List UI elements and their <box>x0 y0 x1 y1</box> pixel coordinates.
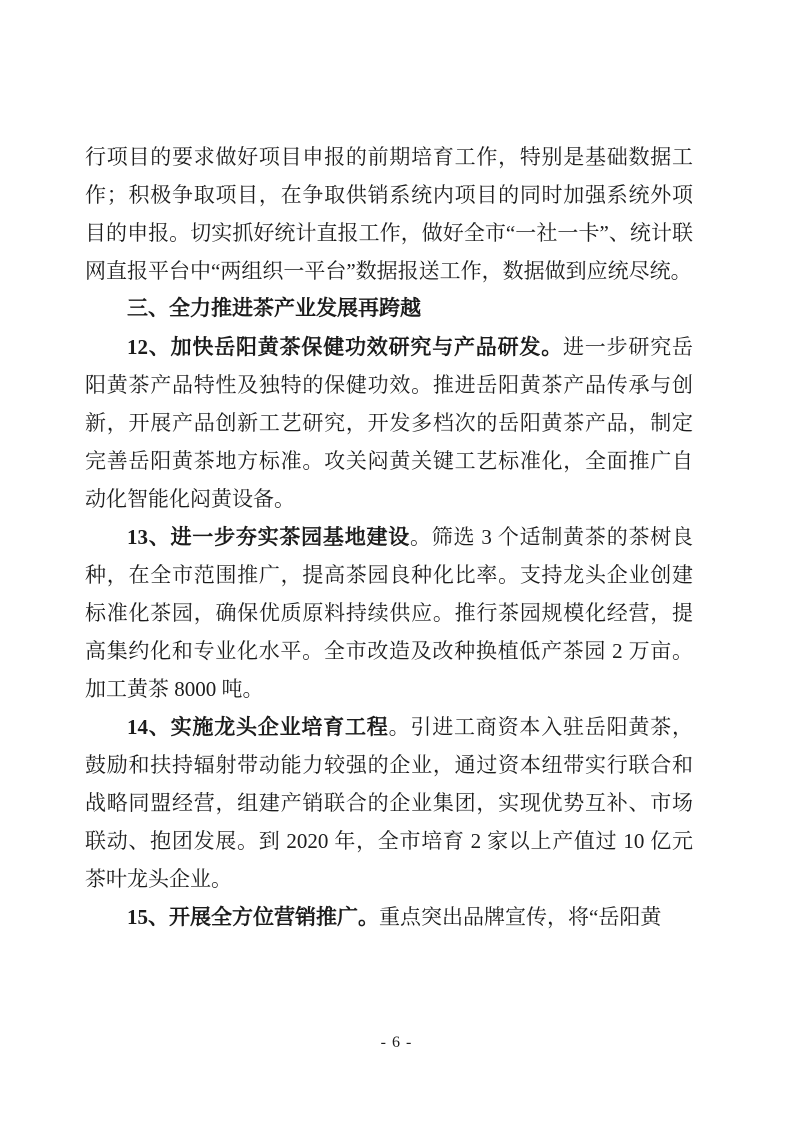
item-13-body: 。筛选 3 个适制黄茶的茶树良种，在全市范围推广，提高茶园良种化比率。支持龙头企… <box>85 525 693 701</box>
item-15-lead: 15、开展全方位营销推广。 <box>127 905 379 929</box>
item-14-lead: 14、实施龙头企业培育工程 <box>127 715 389 739</box>
page-number: - 6 - <box>0 1033 793 1053</box>
document-page: 行项目的要求做好项目申报的前期培育工作，特别是基础数据工作；积极争取项目，在争取… <box>0 0 793 1122</box>
item-15-body: 重点突出品牌宣传，将“岳阳黄 <box>379 905 661 929</box>
item-13-lead: 13、进一步夯实茶园基地建设 <box>127 525 410 549</box>
paragraph-item-12: 12、加快岳阳黄茶保健功效研究与产品研发。进一步研究岳阳黄茶产品特性及独特的保健… <box>85 328 693 518</box>
item-12-body: 进一步研究岳阳黄茶产品特性及独特的保健功效。推进岳阳黄茶产品传承与创新，开展产品… <box>85 335 693 511</box>
paragraph-item-13: 13、进一步夯实茶园基地建设。筛选 3 个适制黄茶的茶树良种，在全市范围推广，提… <box>85 518 693 708</box>
paragraph-item-15: 15、开展全方位营销推广。重点突出品牌宣传，将“岳阳黄 <box>85 898 693 936</box>
document-text: 行项目的要求做好项目申报的前期培育工作，特别是基础数据工作；积极争取项目，在争取… <box>85 138 693 936</box>
item-14-body: 。引进工商资本入驻岳阳黄茶，鼓励和扶持辐射带动能力较强的企业，通过资本纽带实行联… <box>85 715 693 891</box>
paragraph-continuation: 行项目的要求做好项目申报的前期培育工作，特别是基础数据工作；积极争取项目，在争取… <box>85 138 693 290</box>
item-12-lead: 12、加快岳阳黄茶保健功效研究与产品研发。 <box>127 335 563 359</box>
section-heading: 三、全力推进茶产业发展再跨越 <box>85 290 693 328</box>
paragraph-item-14: 14、实施龙头企业培育工程。引进工商资本入驻岳阳黄茶，鼓励和扶持辐射带动能力较强… <box>85 708 693 898</box>
